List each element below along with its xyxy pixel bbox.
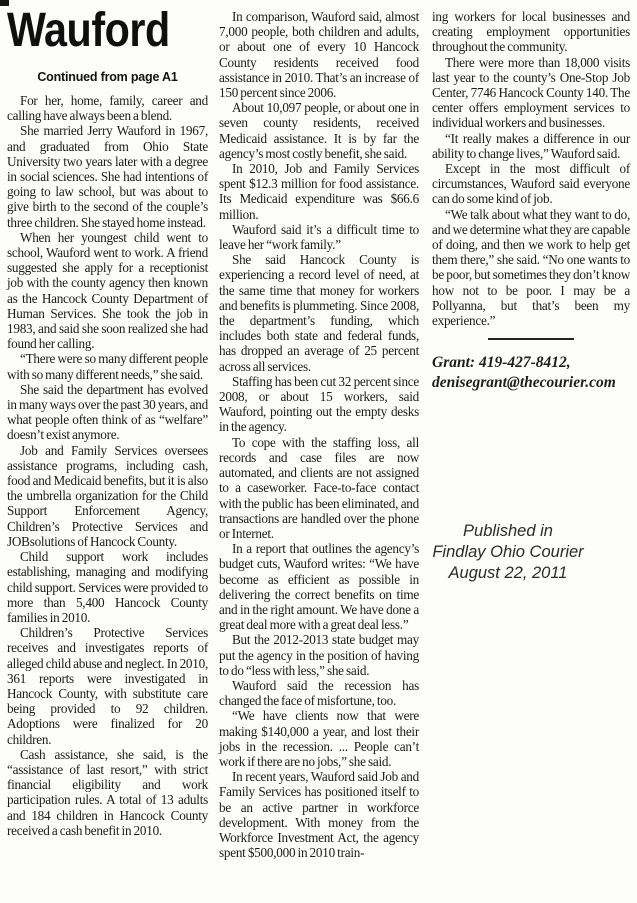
headline: Wauford [7,8,180,54]
published-note-line-1: Published in [405,521,611,542]
paragraph: Except in the most difficult of circumst… [432,161,630,207]
paragraph: To cope with the staffing loss, all reco… [219,435,419,541]
paragraph: She said the department has evolved in m… [7,382,208,443]
contact-divider [488,338,574,340]
paragraph: “There were so many different people wit… [7,351,208,381]
paragraph: But the 2012-2013 state budget may put t… [219,632,419,678]
paragraph: “It really makes a difference in our abi… [432,131,630,161]
paragraph: Wauford said the recession has changed t… [219,678,419,708]
published-note: Published in Findlay Ohio Courier August… [405,521,611,584]
paragraph: Children’s Protective Services receives … [7,625,208,747]
paragraph: In a report that outlines the agency’s b… [219,541,419,632]
paragraph: Child support work includes establishing… [7,549,208,625]
column-2-text: In comparison, Wauford said, almost 7,00… [219,9,419,860]
paragraph: Cash assistance, she said, is the “assis… [7,747,208,838]
paragraph: In 2010, Job and Family Services spent $… [219,161,419,222]
reporter-contact-phone: Grant: 419-427-8412, [432,353,630,373]
column-1-text: For her, home, family, career and callin… [7,93,208,838]
continued-from-line: Continued from page A1 [7,70,208,84]
paragraph: When her youngest child went to school, … [7,230,208,352]
paragraph: Wauford said it’s a difficult time to le… [219,222,419,252]
column-2: In comparison, Wauford said, almost 7,00… [219,9,419,860]
paragraph: Staffing has been cut 32 percent since 2… [219,374,419,435]
paragraph: “We have clients now that were making $1… [219,708,419,769]
column-3: ing workers for local businesses and cre… [432,9,630,393]
paragraph: She said Hancock County is experiencing … [219,252,419,374]
paragraph: There were more than 18,000 visits last … [432,55,630,131]
column-3-text: ing workers for local businesses and cre… [432,9,630,393]
paragraph: In recent years, Wauford said Job and Fa… [219,769,419,860]
paragraph: “We talk about what they want to do, and… [432,207,630,329]
column-1: Wauford Continued from page A1 For her, … [7,8,208,838]
newspaper-page: Wauford Continued from page A1 For her, … [0,0,637,903]
paragraph: About 10,097 people, or about one in sev… [219,100,419,161]
paragraph: She married Jerry Wauford in 1967, and g… [7,123,208,229]
headline-wrap: Wauford [7,8,208,70]
published-note-line-3: August 22, 2011 [405,563,611,584]
paragraph: In comparison, Wauford said, almost 7,00… [219,9,419,100]
paragraph: For her, home, family, career and callin… [7,93,208,123]
reporter-contact-email: denisegrant@thecourier.com [432,373,630,393]
paragraph: Job and Family Services oversees assista… [7,443,208,549]
published-note-line-2: Findlay Ohio Courier [405,542,611,563]
paragraph: ing workers for local businesses and cre… [432,9,630,55]
